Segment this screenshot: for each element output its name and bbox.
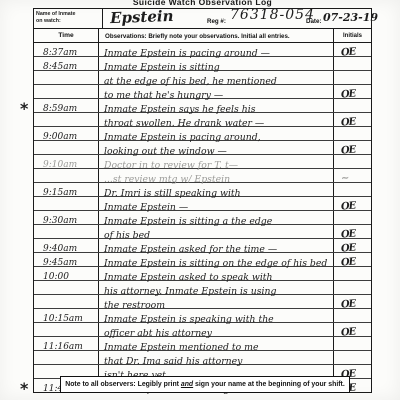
log-row: the restroom OE (34, 295, 371, 309)
time-cell: 9:00am (34, 127, 99, 140)
observation-cell: Inmate Epstein is speaking with the (99, 309, 333, 322)
observation-cell: that Dr. Ima said his attorney (99, 351, 333, 364)
log-row: at the edge of his bed, he mentioned (34, 71, 371, 85)
time-cell (34, 323, 99, 336)
observation-cell: Inmate Epstein is sitting on the edge of… (99, 253, 333, 266)
observation-cell: Inmate Epstein is sitting (99, 57, 333, 70)
time-cell (34, 85, 99, 98)
inmate-name-label: Name of Inmate on watch: (34, 9, 103, 28)
observation-cell: his attorney. Inmate Epstein is using (99, 281, 333, 294)
initials-cell: OE (333, 239, 371, 252)
log-row: 9:00am Inmate Epstein is pacing around, (34, 127, 371, 141)
observation-cell: the restroom (99, 295, 333, 308)
log-row: throat swollen. He drank water — OE (34, 113, 371, 127)
document-title: Suicide Watch Observation Log (33, 0, 372, 7)
observation-cell: throat swollen. He drank water — (99, 113, 333, 126)
time-cell (34, 197, 99, 210)
log-row: that Dr. Ima said his attorney (34, 351, 371, 365)
inmate-name-value: Epstein (110, 7, 174, 27)
observation-cell: Doctor in to review for T. t— (99, 155, 333, 168)
date-label: Date: (306, 18, 321, 25)
initials-cell: OE (333, 197, 371, 210)
observation-cell: ...st review mtg w/ Epstein (99, 169, 333, 182)
initials-cell: OE (333, 225, 371, 238)
time-cell (34, 169, 99, 182)
time-cell: 8:37am (34, 43, 99, 56)
time-cell: 10:15am (34, 309, 99, 322)
log-row: 11:16am Inmate Epstein mentioned to me (34, 337, 371, 351)
initials-cell: OE (333, 85, 371, 98)
footer-note-and: and (181, 381, 193, 388)
log-row: 10:00 Inmate Epstein asked to speak with (34, 267, 371, 281)
footer-note: Note to all observers: Legibly print and… (60, 376, 350, 393)
initials-cell (333, 281, 371, 294)
initials-cell (333, 127, 371, 140)
observation-cell: Inmate Epstein is pacing around — (99, 43, 333, 56)
log-row: 9:30am Inmate Epstein is sitting a the e… (34, 211, 371, 225)
initials-column-header: Initials (333, 29, 371, 42)
log-row: 8:59am Inmate Epstein says he feels his … (34, 99, 371, 113)
time-cell: 9:15am (34, 183, 99, 196)
log-row: of his bed OE (34, 225, 371, 239)
initials-cell (333, 337, 371, 350)
reg-number-value: 76318-054 (230, 7, 315, 23)
initials-cell (333, 99, 371, 112)
observation-cell: Inmate Epstein asked to speak with (99, 267, 333, 280)
observation-cell: Inmate Epstein is pacing around, (99, 127, 333, 140)
log-row: to me that he's hungry — OE (34, 85, 371, 99)
column-header-row: Time Observations: Briefly note your obs… (34, 29, 371, 43)
log-row: 9:10am Doctor in to review for T. t— (34, 155, 371, 169)
initials-cell (333, 57, 371, 70)
time-column-header: Time (34, 29, 99, 42)
observation-cell: of his bed (99, 225, 333, 238)
log-row: 10:15am Inmate Epstein is speaking with … (34, 309, 371, 323)
log-row: 8:37am Inmate Epstein is pacing around —… (34, 43, 371, 57)
time-cell: 8:59am (34, 99, 99, 112)
time-cell: 11:16am (34, 337, 99, 350)
date-value: 07-23-19 (323, 11, 378, 24)
observation-cell: Inmate Epstein — (99, 197, 333, 210)
time-cell: 9:10am (34, 155, 99, 168)
time-cell (34, 281, 99, 294)
initials-cell: OE (333, 323, 371, 336)
observation-cell: to me that he's hungry — (99, 85, 333, 98)
initials-cell: OE (333, 141, 371, 154)
observation-cell: looking out the window — (99, 141, 333, 154)
log-rows: 8:37am Inmate Epstein is pacing around —… (34, 43, 371, 392)
observation-cell: at the edge of his bed, he mentioned (99, 71, 333, 84)
initials-cell: OE (333, 113, 371, 126)
log-row: officer abt his attorney OE (34, 323, 371, 337)
initials-cell (333, 351, 371, 364)
observation-cell: Inmate Epstein says he feels his (99, 99, 333, 112)
observation-cell: Inmate Epstein mentioned to me (99, 337, 333, 350)
log-row: his attorney. Inmate Epstein is using (34, 281, 371, 295)
time-cell (34, 141, 99, 154)
time-cell (34, 71, 99, 84)
time-cell: 9:40am (34, 239, 99, 252)
initials-cell (333, 211, 371, 224)
log-row: 8:45am Inmate Epstein is sitting (34, 57, 371, 71)
initials-cell (333, 267, 371, 280)
initials-cell: OE (333, 43, 371, 56)
observation-log-table: Name of Inmate on watch: Epstein Reg #: … (33, 8, 372, 393)
initials-cell (333, 183, 371, 196)
time-cell (34, 351, 99, 364)
log-row: 9:40am Inmate Epstein asked for the time… (34, 239, 371, 253)
time-cell (34, 295, 99, 308)
time-cell (34, 225, 99, 238)
time-cell: 9:45am (34, 253, 99, 266)
log-row: Inmate Epstein — OE (34, 197, 371, 211)
log-row: 9:15am Dr. Imri is still speaking with (34, 183, 371, 197)
observations-column-header: Observations: Briefly note your observat… (99, 29, 333, 42)
observation-cell: officer abt his attorney (99, 323, 333, 336)
observation-cell: Inmate Epstein is sitting a the edge (99, 211, 333, 224)
observation-cell: Dr. Imri is still speaking with (99, 183, 333, 196)
inmate-header-row: Name of Inmate on watch: Epstein Reg #: … (34, 9, 371, 29)
reg-number-label: Reg #: (207, 18, 226, 25)
time-cell: 10:00 (34, 267, 99, 280)
initials-cell: OE (333, 253, 371, 266)
scanned-document-page: Suicide Watch Observation Log Name of In… (0, 0, 400, 400)
time-cell (34, 113, 99, 126)
initials-cell: ~ (333, 169, 371, 182)
initials-cell: OE (333, 295, 371, 308)
margin-star-mark: * (20, 379, 28, 398)
margin-star-mark: * (20, 99, 28, 118)
log-row: 9:45am Inmate Epstein is sitting on the … (34, 253, 371, 267)
initials-cell (333, 71, 371, 84)
footer-note-suffix: sign your name at the beginning of your … (193, 381, 345, 388)
initials-cell (333, 309, 371, 322)
log-row: ...st review mtg w/ Epstein ~ (34, 169, 371, 183)
time-cell: 9:30am (34, 211, 99, 224)
observation-cell: Inmate Epstein asked for the time — (99, 239, 333, 252)
time-cell: 8:45am (34, 57, 99, 70)
log-row: looking out the window — OE (34, 141, 371, 155)
footer-note-prefix: Note to all observers: Legibly print (65, 381, 181, 388)
initials-cell (333, 155, 371, 168)
